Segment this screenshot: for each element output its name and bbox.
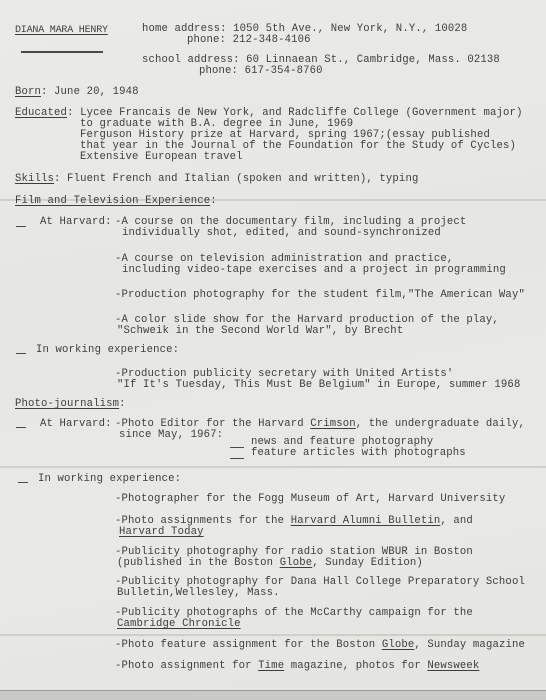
checkbox-blank [18, 482, 28, 483]
film-item-3: -Production photography for the student … [115, 290, 525, 301]
checkbox-blank [16, 226, 26, 227]
educated-line-5: Extensive European travel [80, 152, 243, 163]
film-working-label: In working experience: [36, 345, 179, 356]
skills-line: Skills: Fluent French and Italian (spoke… [15, 174, 418, 185]
resume-page: DIANA MARA HENRY home address: 1050 5th … [0, 0, 546, 690]
paper-bottom-edge [0, 690, 546, 700]
film-item-1-line-2: individually shot, edited, and sound-syn… [122, 228, 441, 239]
photo-item-wbur-line-2: (published in the Boston Globe, Sunday E… [117, 558, 423, 569]
section-heading-film-tv: Film and Television Experience: [15, 196, 217, 207]
film-item-2-line-2: including video-tape exercises and a pro… [122, 265, 506, 276]
photo-item-mccarthy-line-2: Cambridge Chronicle [117, 619, 241, 630]
checkbox-blank [16, 427, 26, 428]
photo-editor-line-2: since May, 1967: [119, 430, 223, 441]
home-phone-line: phone: 212-348-4106 [187, 35, 311, 46]
photo-item-dana-line-2: Bulletin,Wellesley, Mass. [117, 588, 280, 599]
photo-item-globe: -Photo feature assignment for the Boston… [115, 640, 525, 651]
photo-item-alumni-line-2: Harvard Today [119, 527, 204, 538]
photo-item-fogg: -Photographer for the Fogg Museum of Art… [115, 494, 505, 505]
photo-item-time: -Photo assignment for Time magazine, pho… [115, 661, 479, 672]
checkbox-blank [16, 353, 26, 354]
photo-editor-subitem-2: feature articles with photographs [251, 448, 466, 459]
film-at-harvard-label: At Harvard: [40, 217, 112, 228]
applicant-name: DIANA MARA HENRY [15, 25, 108, 36]
checkbox-blank [230, 458, 244, 459]
school-phone-line: phone: 617-354-8760 [199, 66, 323, 77]
film-working-item-line-2: "If It's Tuesday, This Must Be Belgium" … [117, 380, 520, 391]
paper-fold [0, 634, 546, 636]
name-rule [21, 51, 103, 53]
born-line: Born: June 20, 1948 [15, 87, 139, 98]
checkbox-blank [230, 447, 244, 448]
photo-at-harvard-label: At Harvard: [40, 419, 112, 430]
film-item-4-line-2: "Schweik in the Second World War", by Br… [117, 326, 403, 337]
section-heading-photojournalism: Photo-journalism: [15, 399, 126, 410]
paper-fold [0, 466, 546, 468]
photo-working-label: In working experience: [38, 474, 181, 485]
